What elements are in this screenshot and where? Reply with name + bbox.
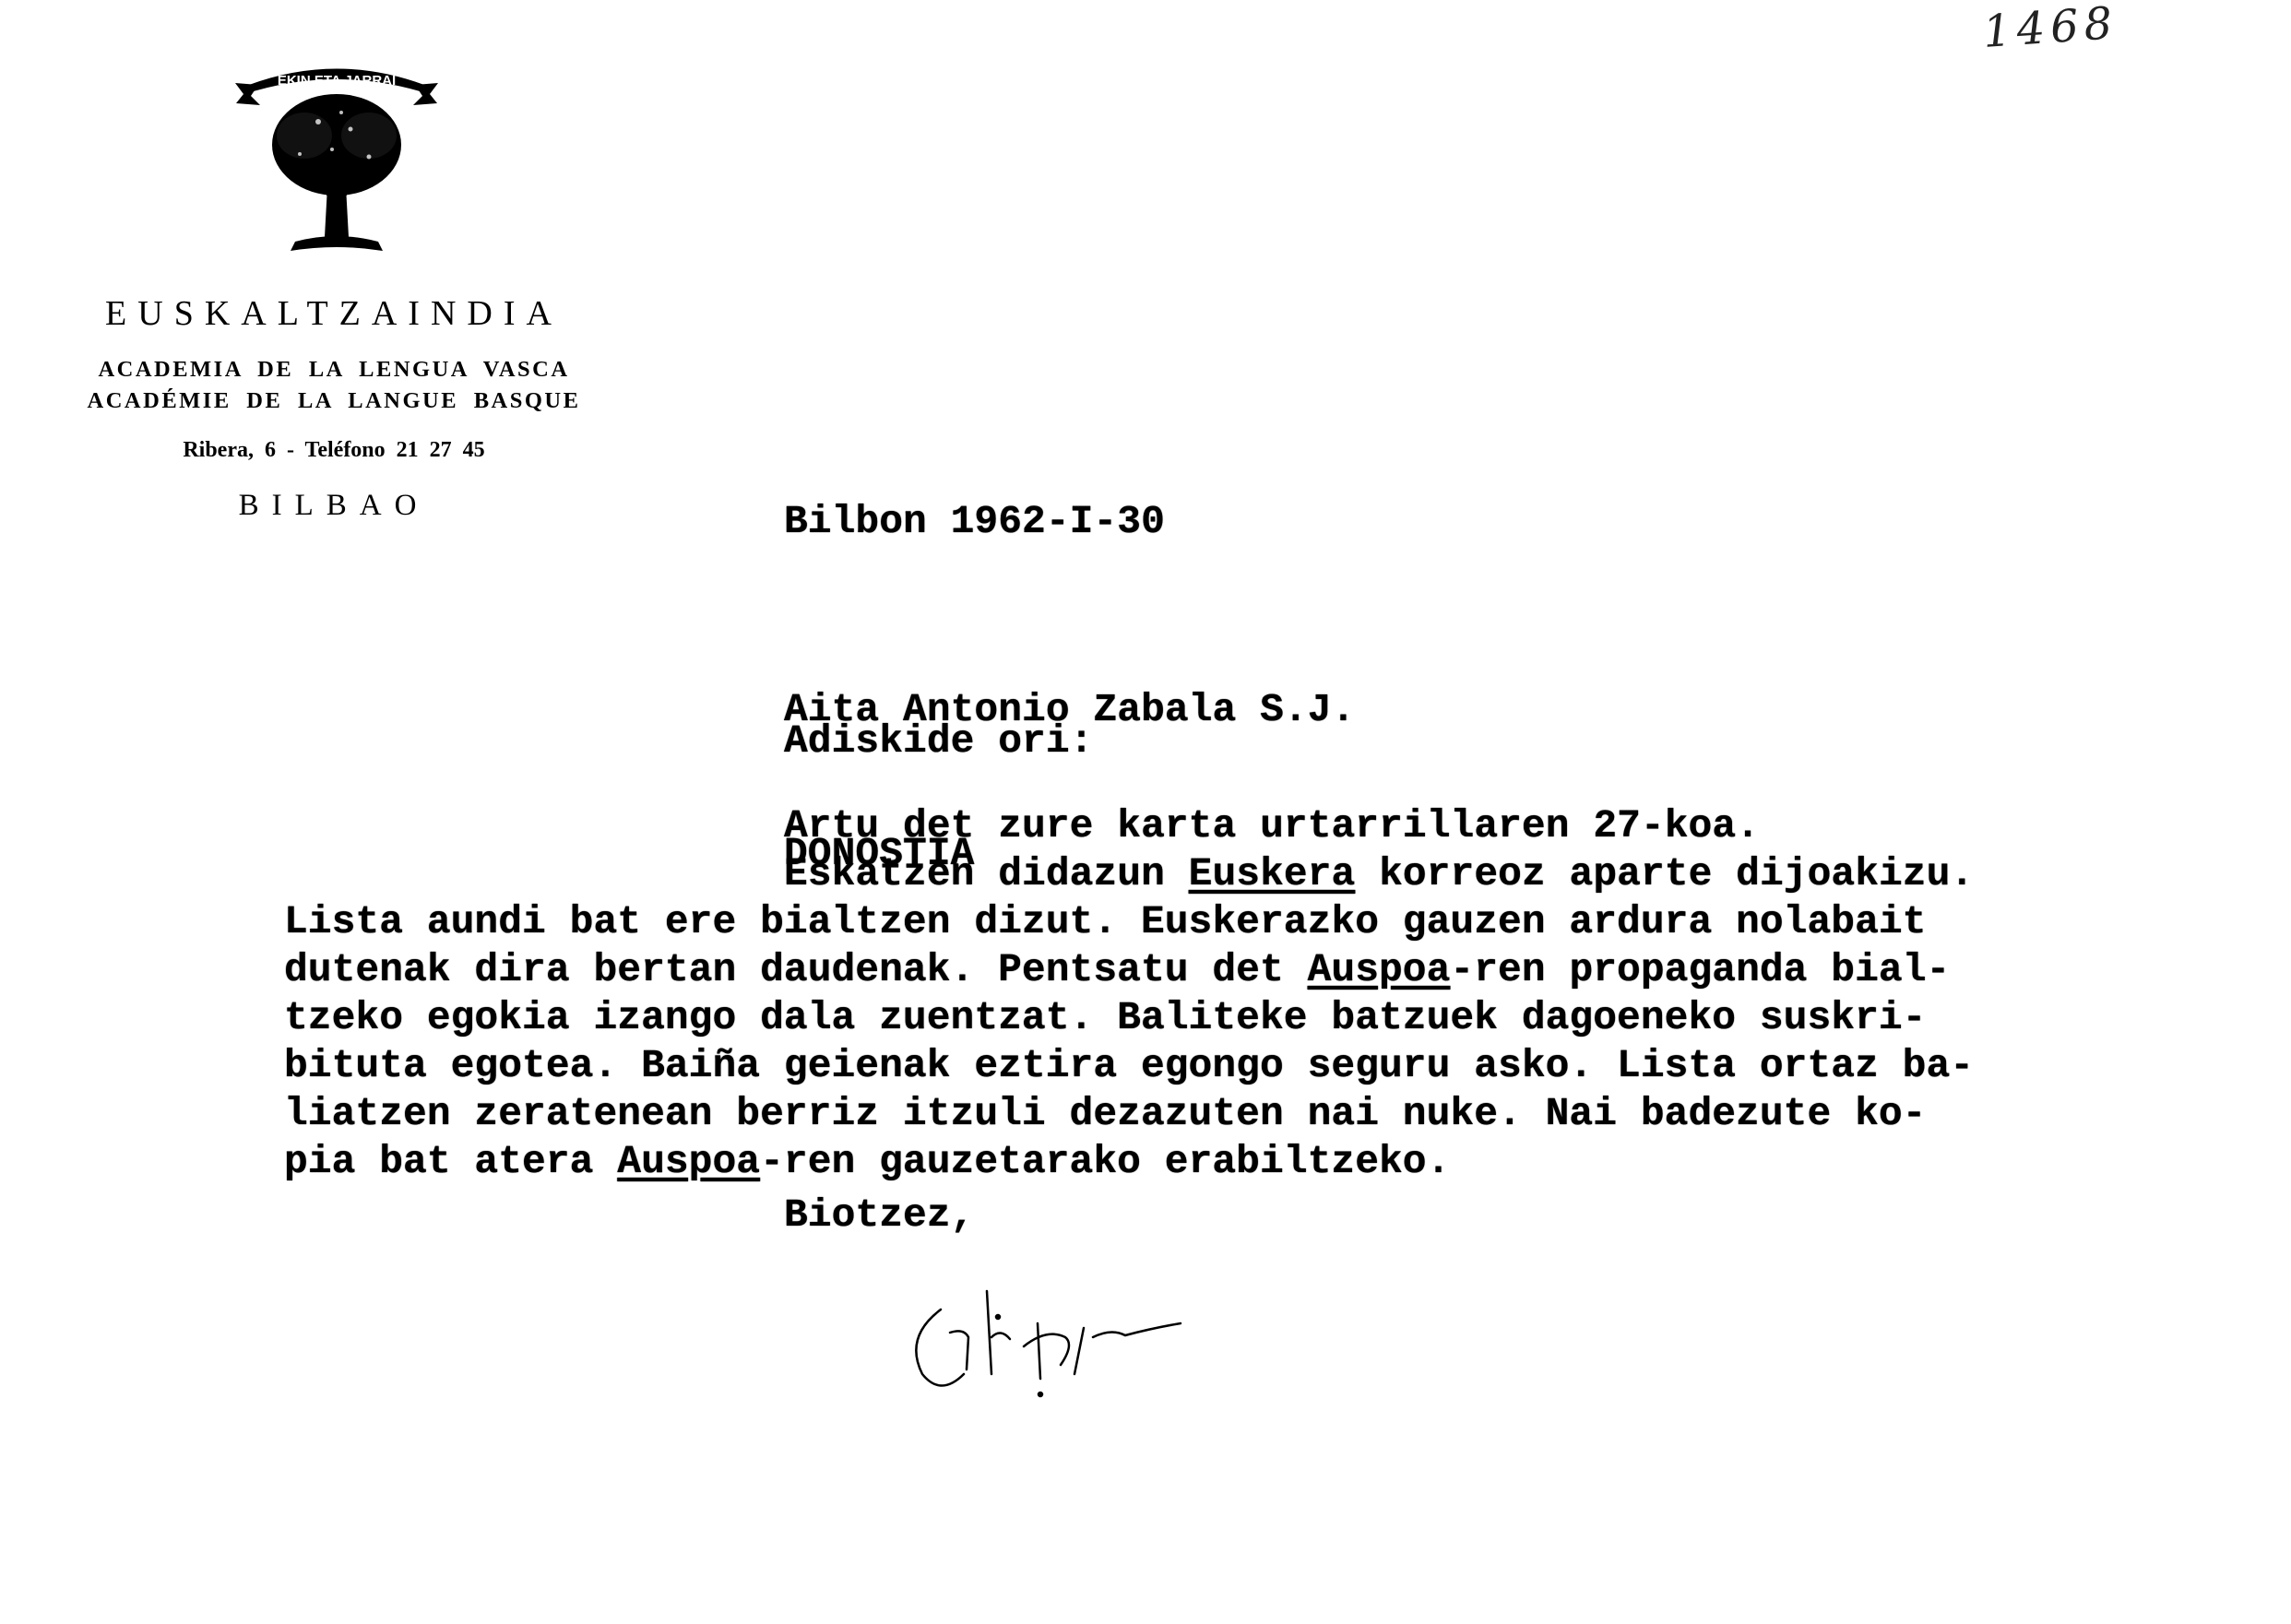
- body-text: -ren propaganda bial-: [1450, 947, 1950, 992]
- organization-subtitle-spanish: ACADEMIA DE LA LENGUA VASCA: [76, 357, 592, 383]
- body-text: -ren gauzetarako erabiltzeko.: [760, 1139, 1450, 1184]
- archive-number: 1468: [1981, 0, 2119, 58]
- logo-motto: EKIN ETA JARRAI: [278, 73, 396, 89]
- salutation: Adiskide ori:: [784, 717, 1093, 765]
- body-line: tzeko egokia izango dala zuentzat. Balit…: [284, 994, 1974, 1042]
- body-line: Lista aundi bat ere bialtzen dizut. Eusk…: [284, 898, 1974, 946]
- body-text: pia bat atera: [284, 1139, 617, 1184]
- body-text: liatzen zeratenean berriz itzuli dezazut…: [284, 1091, 1927, 1136]
- date-line: Bilbon 1962-I-30: [784, 498, 1165, 546]
- closing: Biotzez,: [784, 1191, 974, 1239]
- body-line: dutenak dira bertan daudenak. Pentsatu d…: [284, 946, 1974, 994]
- underlined-title: Euskera: [1189, 851, 1356, 896]
- letter-body: Artu det zure karta urtarrillaren 27-koa…: [284, 802, 1974, 1186]
- body-line: pia bat atera Auspoa-ren gauzetarako era…: [284, 1138, 1974, 1186]
- body-text: dutenak dira bertan daudenak. Pentsatu d…: [284, 947, 1308, 992]
- body-text: korreoz aparte dijoakizu.: [1355, 851, 1974, 896]
- body-line: Artu det zure karta urtarrillaren 27-koa…: [284, 802, 1974, 850]
- organization-address: Ribera, 6 - Teléfono 21 27 45: [76, 438, 592, 463]
- body-text: tzeko egokia izango dala zuentzat. Balit…: [284, 995, 1927, 1040]
- body-text: bituta egotea. Baiña geienak eztira egon…: [284, 1043, 1974, 1088]
- body-line: bituta egotea. Baiña geienak eztira egon…: [284, 1042, 1974, 1090]
- organization-name: EUSKALTZAINDIA: [76, 293, 592, 334]
- body-line: Eskatzen didazun Euskera korreoz aparte …: [284, 850, 1974, 898]
- body-text: Artu det zure karta urtarrillaren 27-koa…: [784, 803, 1760, 848]
- underlined-title: Auspoa: [617, 1139, 760, 1184]
- body-line: liatzen zeratenean berriz itzuli dezazut…: [284, 1090, 1974, 1138]
- handwritten-signature-icon: [885, 1236, 1254, 1411]
- organization-city: BILBAO: [76, 489, 592, 523]
- body-text: Lista aundi bat ere bialtzen dizut. Eusk…: [284, 899, 1927, 944]
- organization-subtitle-french: ACADÉMIE DE LA LANGUE BASQUE: [76, 388, 592, 414]
- underlined-title: Auspoa: [1308, 947, 1451, 992]
- body-text: Eskatzen didazun: [784, 851, 1189, 896]
- oak-tree-emblem-icon: EKIN ETA JARRAI: [231, 57, 443, 269]
